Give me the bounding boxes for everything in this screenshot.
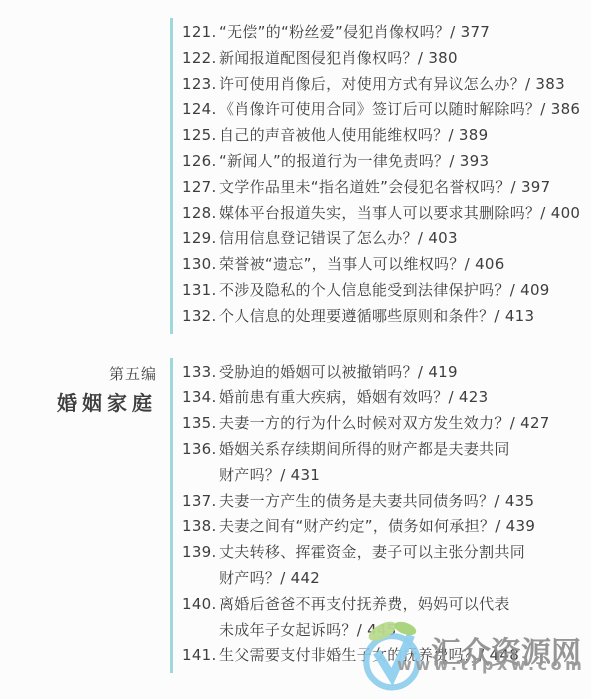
item-text-line: 婚前患有重大疾病，婚姻有效吗？/ 423 bbox=[219, 385, 591, 411]
item-number: 127. bbox=[182, 175, 219, 201]
item-text-line: 受胁迫的婚姻可以被撤销吗？/ 419 bbox=[219, 360, 591, 386]
item-text-line: 文学作品里未“指名道姓”会侵犯名誉权吗？/ 397 bbox=[219, 175, 591, 201]
item-text: 丈夫转移、挥霍资金，妻子可以主张分割共同财产吗？/ 442 bbox=[219, 540, 591, 592]
item-text: 自己的声音被他人使用能维权吗？/ 389 bbox=[219, 123, 591, 149]
section-label bbox=[0, 18, 170, 334]
item-text-line: 离婚后爸爸不再支付抚养费，妈妈可以代表 bbox=[219, 592, 591, 618]
item-number: 134. bbox=[182, 385, 219, 411]
toc-item: 130. 荣誉被“遗忘”，当事人可以维权吗？/ 406 bbox=[182, 252, 591, 278]
item-text-line: 丈夫转移、挥霍资金，妻子可以主张分割共同 bbox=[219, 540, 591, 566]
item-number: 136. bbox=[182, 437, 219, 489]
toc-section: 121. “无偿”的“粉丝爱”侵犯肖像权吗？/ 377 122. 新闻报道配图侵… bbox=[0, 18, 591, 334]
item-text-line: 新闻报道配图侵犯肖像权吗？/ 380 bbox=[219, 46, 591, 72]
item-text-line: 《肖像许可使用合同》签订后可以随时解除吗？/ 386 bbox=[219, 97, 591, 123]
item-text: “无偿”的“粉丝爱”侵犯肖像权吗？/ 377 bbox=[219, 20, 591, 46]
item-text-line: 婚姻关系存续期间所得的财产都是夫妻共同 bbox=[219, 437, 591, 463]
item-text: 新闻报道配图侵犯肖像权吗？/ 380 bbox=[219, 46, 591, 72]
item-text-line: “新闻人”的报道行为一律免责吗？/ 393 bbox=[219, 149, 591, 175]
item-text-line: 生父需要支付非婚生子女的抚养费吗？/ 448 bbox=[219, 643, 591, 669]
item-text: 生父需要支付非婚生子女的抚养费吗？/ 448 bbox=[219, 643, 591, 669]
item-number: 131. bbox=[182, 278, 219, 304]
item-text-line: 财产吗？/ 431 bbox=[219, 463, 591, 489]
toc-page: 121. “无偿”的“粉丝爱”侵犯肖像权吗？/ 377 122. 新闻报道配图侵… bbox=[0, 0, 591, 699]
toc-item: 125. 自己的声音被他人使用能维权吗？/ 389 bbox=[182, 123, 591, 149]
toc-item: 126. “新闻人”的报道行为一律免责吗？/ 393 bbox=[182, 149, 591, 175]
item-text: 夫妻一方的行为什么时候对双方发生效力？/ 427 bbox=[219, 411, 591, 437]
item-number: 123. bbox=[182, 72, 219, 98]
item-number: 121. bbox=[182, 20, 219, 46]
item-text: 离婚后爸爸不再支付抚养费，妈妈可以代表未成年子女起诉吗？/ 445 bbox=[219, 592, 591, 644]
item-text-line: 自己的声音被他人使用能维权吗？/ 389 bbox=[219, 123, 591, 149]
toc-item: 124. 《肖像许可使用合同》签订后可以随时解除吗？/ 386 bbox=[182, 97, 591, 123]
item-number: 140. bbox=[182, 592, 219, 644]
item-text-line: 财产吗？/ 442 bbox=[219, 566, 591, 592]
toc-item: 122. 新闻报道配图侵犯肖像权吗？/ 380 bbox=[182, 46, 591, 72]
item-text-line: 夫妻一方产生的债务是夫妻共同债务吗？/ 435 bbox=[219, 489, 591, 515]
item-number: 125. bbox=[182, 123, 219, 149]
item-text-line: 荣誉被“遗忘”，当事人可以维权吗？/ 406 bbox=[219, 252, 591, 278]
item-number: 133. bbox=[182, 360, 219, 386]
toc-item: 141. 生父需要支付非婚生子女的抚养费吗？/ 448 bbox=[182, 643, 591, 669]
item-number: 122. bbox=[182, 46, 219, 72]
toc-item: 139. 丈夫转移、挥霍资金，妻子可以主张分割共同财产吗？/ 442 bbox=[182, 540, 591, 592]
item-text-line: 未成年子女起诉吗？/ 445 bbox=[219, 618, 591, 644]
item-text: 信用信息登记错误了怎么办？/ 403 bbox=[219, 226, 591, 252]
item-number: 141. bbox=[182, 643, 219, 669]
item-number: 135. bbox=[182, 411, 219, 437]
toc-item: 134. 婚前患有重大疾病，婚姻有效吗？/ 423 bbox=[182, 385, 591, 411]
toc-item: 140. 离婚后爸爸不再支付抚养费，妈妈可以代表未成年子女起诉吗？/ 445 bbox=[182, 592, 591, 644]
item-text-line: 媒体平台报道失实，当事人可以要求其删除吗？/ 400 bbox=[219, 201, 591, 227]
item-text-line: 夫妻之间有“财产约定”，债务如何承担？/ 439 bbox=[219, 514, 591, 540]
item-number: 129. bbox=[182, 226, 219, 252]
item-text-line: 夫妻一方的行为什么时候对双方发生效力？/ 427 bbox=[219, 411, 591, 437]
item-number: 128. bbox=[182, 201, 219, 227]
item-text: 婚前患有重大疾病，婚姻有效吗？/ 423 bbox=[219, 385, 591, 411]
item-number: 126. bbox=[182, 149, 219, 175]
toc-item: 136. 婚姻关系存续期间所得的财产都是夫妻共同财产吗？/ 431 bbox=[182, 437, 591, 489]
item-number: 124. bbox=[182, 97, 219, 123]
item-number: 139. bbox=[182, 540, 219, 592]
item-text-line: 不涉及隐私的个人信息能受到法律保护吗？/ 409 bbox=[219, 278, 591, 304]
toc-item: 123. 许可使用肖像后，对使用方式有异议怎么办？/ 383 bbox=[182, 72, 591, 98]
item-text: 许可使用肖像后，对使用方式有异议怎么办？/ 383 bbox=[219, 72, 591, 98]
toc-item: 128. 媒体平台报道失实，当事人可以要求其删除吗？/ 400 bbox=[182, 201, 591, 227]
toc-item: 129. 信用信息登记错误了怎么办？/ 403 bbox=[182, 226, 591, 252]
item-number: 137. bbox=[182, 489, 219, 515]
item-text: 文学作品里未“指名道姓”会侵犯名誉权吗？/ 397 bbox=[219, 175, 591, 201]
section-label: 第五编 婚姻家庭 bbox=[0, 358, 170, 674]
item-text: 受胁迫的婚姻可以被撤销吗？/ 419 bbox=[219, 360, 591, 386]
item-text: 荣誉被“遗忘”，当事人可以维权吗？/ 406 bbox=[219, 252, 591, 278]
item-text-line: 许可使用肖像后，对使用方式有异议怎么办？/ 383 bbox=[219, 72, 591, 98]
item-text: 夫妻之间有“财产约定”，债务如何承担？/ 439 bbox=[219, 514, 591, 540]
item-text: 《肖像许可使用合同》签订后可以随时解除吗？/ 386 bbox=[219, 97, 591, 123]
toc-item: 131. 不涉及隐私的个人信息能受到法律保护吗？/ 409 bbox=[182, 278, 591, 304]
item-text: “新闻人”的报道行为一律免责吗？/ 393 bbox=[219, 149, 591, 175]
item-text-line: 个人信息的处理要遵循哪些原则和条件？/ 413 bbox=[219, 304, 591, 330]
item-text: 夫妻一方产生的债务是夫妻共同债务吗？/ 435 bbox=[219, 489, 591, 515]
toc-section: 第五编 婚姻家庭 133. 受胁迫的婚姻可以被撤销吗？/ 419 134. 婚前… bbox=[0, 358, 591, 674]
item-text: 个人信息的处理要遵循哪些原则和条件？/ 413 bbox=[219, 304, 591, 330]
section-item-list: 121. “无偿”的“粉丝爱”侵犯肖像权吗？/ 377 122. 新闻报道配图侵… bbox=[170, 18, 591, 334]
item-text: 婚姻关系存续期间所得的财产都是夫妻共同财产吗？/ 431 bbox=[219, 437, 591, 489]
item-number: 138. bbox=[182, 514, 219, 540]
toc-root: 121. “无偿”的“粉丝爱”侵犯肖像权吗？/ 377 122. 新闻报道配图侵… bbox=[0, 18, 591, 673]
toc-item: 137. 夫妻一方产生的债务是夫妻共同债务吗？/ 435 bbox=[182, 489, 591, 515]
item-text-line: “无偿”的“粉丝爱”侵犯肖像权吗？/ 377 bbox=[219, 20, 591, 46]
section-item-list: 133. 受胁迫的婚姻可以被撤销吗？/ 419 134. 婚前患有重大疾病，婚姻… bbox=[170, 358, 591, 674]
item-text: 媒体平台报道失实，当事人可以要求其删除吗？/ 400 bbox=[219, 201, 591, 227]
item-number: 130. bbox=[182, 252, 219, 278]
section-part-label: 第五编 bbox=[0, 362, 157, 386]
toc-item: 132. 个人信息的处理要遵循哪些原则和条件？/ 413 bbox=[182, 304, 591, 330]
toc-item: 138. 夫妻之间有“财产约定”，债务如何承担？/ 439 bbox=[182, 514, 591, 540]
toc-item: 121. “无偿”的“粉丝爱”侵犯肖像权吗？/ 377 bbox=[182, 20, 591, 46]
section-title: 婚姻家庭 bbox=[0, 390, 157, 417]
item-number: 132. bbox=[182, 304, 219, 330]
item-text-line: 信用信息登记错误了怎么办？/ 403 bbox=[219, 226, 591, 252]
item-text: 不涉及隐私的个人信息能受到法律保护吗？/ 409 bbox=[219, 278, 591, 304]
toc-item: 127. 文学作品里未“指名道姓”会侵犯名誉权吗？/ 397 bbox=[182, 175, 591, 201]
toc-item: 133. 受胁迫的婚姻可以被撤销吗？/ 419 bbox=[182, 360, 591, 386]
toc-item: 135. 夫妻一方的行为什么时候对双方发生效力？/ 427 bbox=[182, 411, 591, 437]
